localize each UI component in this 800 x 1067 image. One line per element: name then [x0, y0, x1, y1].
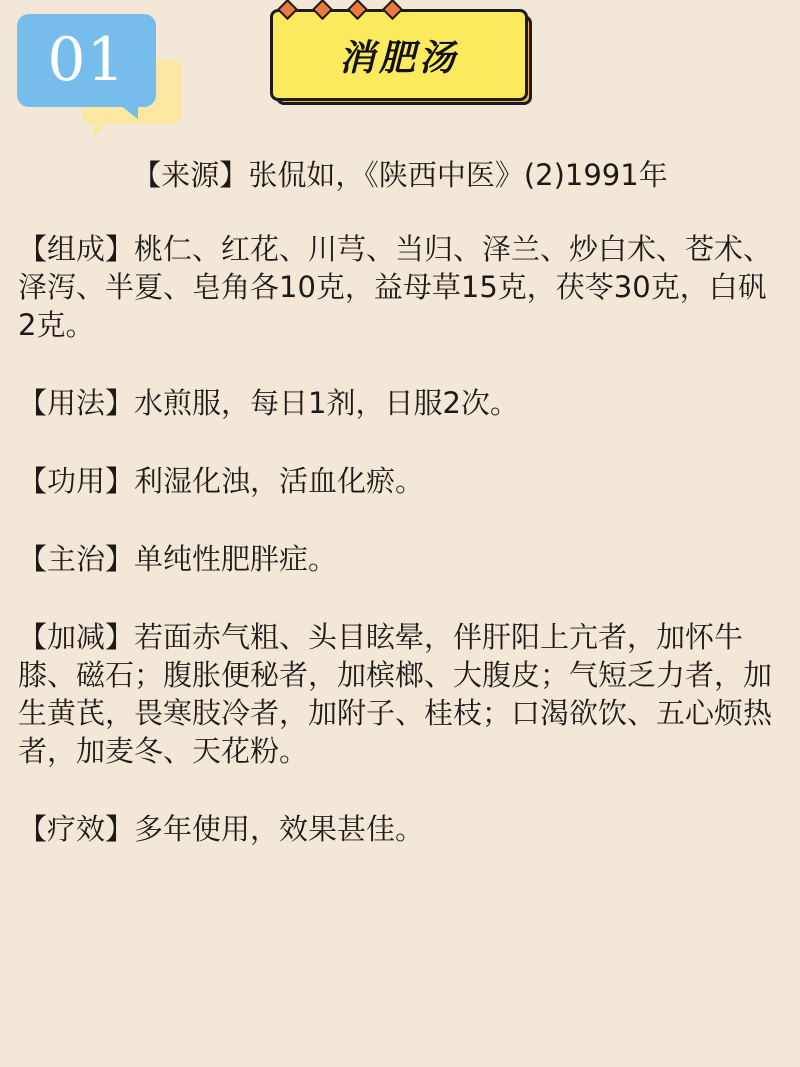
section-text: 单纯性肥胖症。 [134, 542, 337, 576]
badge-number: 01 [47, 25, 125, 95]
section-text: 张侃如，《陕西中医》(2)1991年 [248, 158, 667, 192]
section-label: 【来源】 [132, 158, 248, 192]
diamond-decorations [280, 2, 400, 17]
section-indication: 【主治】单纯性肥胖症。 [18, 540, 782, 578]
section-label: 【加减】 [18, 620, 134, 654]
section-label: 【功用】 [18, 464, 134, 498]
section-function: 【功用】利湿化浊，活血化瘀。 [18, 462, 782, 500]
section-text: 水煎服，每日1剂，日服2次。 [134, 386, 519, 420]
section-text: 利湿化浊，活血化瘀。 [134, 464, 424, 498]
speech-bubble-front-icon: 01 [17, 14, 156, 107]
section-label: 【疗效】 [18, 812, 134, 846]
page-title: 消肥汤 [339, 30, 459, 81]
section-text: 多年使用，效果甚佳。 [134, 812, 424, 846]
recipe-content: 【来源】张侃如，《陕西中医》(2)1991年 【组成】桃仁、红花、川芎、当归、泽… [18, 156, 782, 848]
section-source: 【来源】张侃如，《陕西中医》(2)1991年 [18, 156, 782, 194]
section-number-badge: 01 [0, 0, 200, 140]
section-ingredients: 【组成】桃仁、红花、川芎、当归、泽兰、炒白术、苍术、泽泻、半夏、皂角各10克，益… [18, 230, 782, 344]
section-efficacy: 【疗效】多年使用，效果甚佳。 [18, 810, 782, 848]
section-usage: 【用法】水煎服，每日1剂，日服2次。 [18, 384, 782, 422]
section-label: 【组成】 [18, 232, 134, 266]
section-label: 【用法】 [18, 386, 134, 420]
section-modification: 【加减】若面赤气粗、头目眩晕，伴肝阳上亢者，加怀牛膝、磁石；腹胀便秘者，加槟榔、… [18, 618, 782, 770]
section-label: 【主治】 [18, 542, 134, 576]
title-card: 消肥汤 [270, 9, 528, 101]
title-card-front: 消肥汤 [270, 9, 528, 101]
